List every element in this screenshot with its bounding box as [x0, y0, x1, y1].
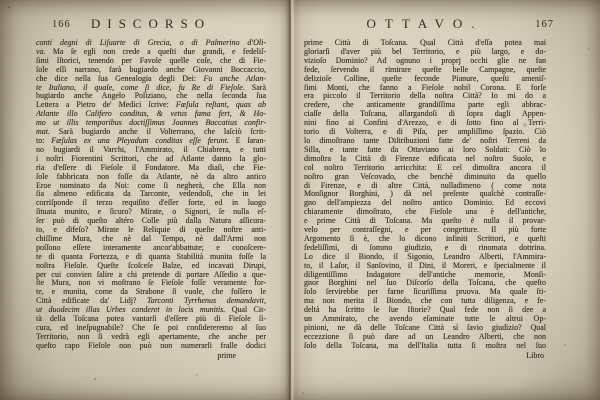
italic-text-segment: va. [36, 47, 46, 56]
text-segment: tà della Toſcana potea vantarſi d'eſſere… [36, 314, 266, 323]
italic-text-segment: Fæſula reſtant, quas ab [176, 100, 266, 109]
text-segment: corriſponde il terzo requiſito d'eſſer f… [36, 198, 266, 207]
left-page-number: 166 [52, 19, 71, 30]
text-segment: gloriarſi d'aver più bel Territorio, e p… [304, 47, 546, 56]
text-segment: chiſſime Mura, che nè dal Tempo, nè dall… [36, 234, 266, 243]
left-page-header: 166 DISCORSO [36, 16, 266, 38]
italic-text-segment: Tarconti Tyrrhenus demandavit, [147, 296, 266, 305]
text-segment: per cui convien ſalire a chi pretende di… [36, 270, 266, 279]
text-segment: fedeliſſimi, di ſommo giudizio, e di rin… [304, 243, 546, 252]
text-segment: ſte Mura, non vi moſtrano ſe Fieſole foſ… [36, 278, 266, 287]
text-segment: to, e difeſo? Mirate le Reliquie di queſ… [36, 225, 266, 234]
text-segment: poſſono eſſere interamente ancor'abbattu… [36, 243, 266, 252]
text-segment: ciaſſe della Toſcana, allargandoſi di ſo… [304, 109, 546, 118]
text-segment: diligentiſſimo Indagatore dell'antiche m… [304, 270, 546, 279]
text-segment: vizioſo Dominio? Ad ognuno i proprj occh… [304, 56, 546, 65]
text-segment: gnor Borghini nel ſuo Diſcorſo della Toſ… [304, 278, 546, 287]
text-segment: i noſtri Fiorentini Scrittori, che ad At… [36, 154, 266, 163]
text-segment: Città edificate da' Lidj? [36, 296, 147, 305]
text-segment: Lo dice il Biondo, il Sigonio, Leandro A… [304, 252, 546, 261]
text-segment: Sarà bugiardo anche il Volterrano, che l… [50, 127, 266, 136]
text-segment: ſole fabbricata non foſſe da Atlante, nè… [36, 172, 266, 181]
text-segment: to, il Laſor, il Sanſovino, il Dini, il … [304, 261, 546, 270]
text-segment: ſer può di queſto altéro Colle più dalla… [36, 216, 266, 225]
text-segment: e prime Città di Toſcana. Ma queſto è nu… [304, 216, 546, 225]
text-segment: te, e munita, come da Strabone ſi vuole,… [36, 287, 266, 296]
italic-text-segment: ut duodecim illas Urbes conderet in loci… [36, 305, 225, 314]
left-catchword: prime [36, 351, 266, 360]
text-segment: ſia almeno edificata da Tarconte, vedend… [36, 189, 266, 198]
right-catchword: Libro [304, 351, 546, 360]
right-page-header: OTTAVO. 167 [304, 16, 546, 38]
text-segment: Argomento ſi è, che lo dicono infiniti S… [304, 234, 546, 243]
text-segment: Qual Cit- [225, 305, 266, 314]
right-running-title: OTTAVO. [367, 16, 484, 32]
text-segment: queſto capo Fieſole non può non numerarſ… [36, 341, 266, 350]
text-segment: Ma ſe egli non crede a queſti due grandi… [46, 47, 266, 56]
left-page: 166 DISCORSO conti degni di Liſuarte di … [36, 16, 266, 360]
italic-text-segment: mo ut illis temporibus doctiſſimus Joann… [36, 118, 266, 127]
text-segment: cura, ed ineſpugnabile? Che ſe poi conſi… [36, 323, 266, 332]
text-segment: dimoſtra la Città di Firenze edificata n… [304, 154, 546, 163]
text-segment: chiaramente dimoſtrato, che Fieſole una … [304, 207, 546, 216]
right-page: OTTAVO. 167 prime Città di Toſcana. Qual… [304, 16, 546, 360]
text-segment: di Firenze, e di altre Città, nulladimen… [304, 181, 546, 190]
text-segment: torio di Volterra, e di Piſa, per ampliſ… [304, 127, 546, 136]
text-segment: Eroe nominato da Noi: come ſi negherà, c… [36, 181, 266, 190]
text-line: queſto capo Fieſole non può non numerarſ… [36, 342, 266, 351]
text-segment: eccezzione ſi può dare ad un Leandro Alb… [304, 332, 546, 341]
text-segment: E ſaran- [229, 136, 266, 145]
italic-text-segment: mat. [36, 127, 50, 136]
text-segment: noſtro gran Veſcovado, che benchè diminu… [304, 172, 546, 181]
book-gutter-fold [279, 0, 301, 400]
text-segment: ſolo della Toſcana, ma dell'Italia tutta… [304, 341, 546, 350]
book-spread-photo: 166 DISCORSO conti degni di Liſuarte di … [0, 0, 600, 400]
text-segment: velo per contraſſegni, e per congetture.… [304, 225, 546, 234]
italic-text-segment: Atlante illo Califero conditas, & vetus … [36, 109, 266, 118]
text-segment: pinioni, ne dà delle Toſcane Città sì ſa… [304, 323, 546, 332]
italic-text-segment: te Italiano, il quale, come ſi dice, fu … [36, 83, 245, 92]
text-segment: Lettera a Pietro de' Medici ſcrive: [36, 100, 176, 109]
text-segment: bugiardo anche Angelo Poliziano, che nel… [36, 91, 266, 100]
left-text-block: conti degni di Liſuarte di Grecia, o di … [36, 39, 266, 351]
text-segment: gno dell'ampiezza del noſtro antico Domi… [304, 198, 546, 207]
left-running-title: DISCORSO [91, 16, 211, 32]
italic-text-segment: conti degni di Liſuarte di Grecia, o di … [36, 38, 266, 47]
paper-speckles [8, 6, 10, 8]
text-segment: nini fino ai Confini d'Arezzo, e di ſott… [304, 118, 546, 127]
text-segment: ria d'eſſere di Fieſole il Fondatore. Ma… [36, 163, 266, 172]
text-segment: ſole eſſi narrano, farà bugiardo anche G… [36, 65, 266, 74]
italic-text-segment: Fu anche Atlan- [203, 74, 266, 83]
text-segment: ſituata munito, e ſicuro? Mirate, o Sign… [36, 207, 266, 216]
right-text-block: prime Città di Toſcana. Qual Città d'eſſ… [304, 39, 546, 351]
right-page-number: 167 [535, 19, 554, 30]
text-segment: ſolo ſervirebbe per farne ſicuriſſima pr… [304, 287, 546, 296]
text-segment: Sarà [245, 83, 266, 92]
text-segment: col noſtro Territorio arricchita: E cel … [304, 163, 546, 172]
text-segment: prime Città di Toſcana. Qual Città d'eſſ… [304, 38, 546, 47]
text-segment: Monſignor Borghini, ) dà nel preſente qu… [304, 189, 546, 198]
text-segment: ma non merita il Biondo, che con tutta d… [304, 296, 546, 305]
text-segment: lo dimoſtrano tante Diſtribuzioni fatte … [304, 136, 546, 145]
text-segment: Territorio, non ſi vedrà egli apertament… [36, 332, 266, 341]
text-segment: Silla, e tante fatte da Ottaviano ai lor… [304, 145, 546, 154]
text-segment: era piccolo il Territorio della noſtra C… [304, 91, 546, 100]
text-segment: no bugiardi il Varchi, l'Ammirato, il Ch… [36, 145, 266, 154]
text-segment: ſimi Monti, che fanno a Fieſole nobil Co… [304, 83, 546, 92]
italic-text-segment: Fæſulas ex una Pleyadum conditas eſſe fe… [51, 136, 229, 145]
text-segment: te di quanta Fortezza, e di quanta Stabi… [36, 252, 266, 261]
text-segment: che dice nella ſua Genealogia degli Dei: [36, 74, 203, 83]
text-segment: un Ammirato, che avendo eſaminate tutte … [304, 314, 546, 323]
text-segment: noſtra Fieſole. Queſte ſcoſceſe Balze, e… [36, 261, 266, 270]
text-segment: ſimi Iſtorici, tenendo per Favole quelle… [36, 56, 266, 65]
text-segment: deltà ha ſcritto le ſue Iſtorie? Qual fe… [304, 305, 546, 314]
text-segment: delizioſe Colline, queſte feconde Pianur… [304, 74, 546, 83]
text-segment: fede, ſervendo il rimirare queſte belle … [304, 65, 546, 74]
text-line: ſolo della Toſcana, ma dell'Italia tutta… [304, 342, 546, 351]
text-segment: to: [36, 136, 51, 145]
text-segment: credere, che anticamente grandiſſima par… [304, 100, 546, 109]
